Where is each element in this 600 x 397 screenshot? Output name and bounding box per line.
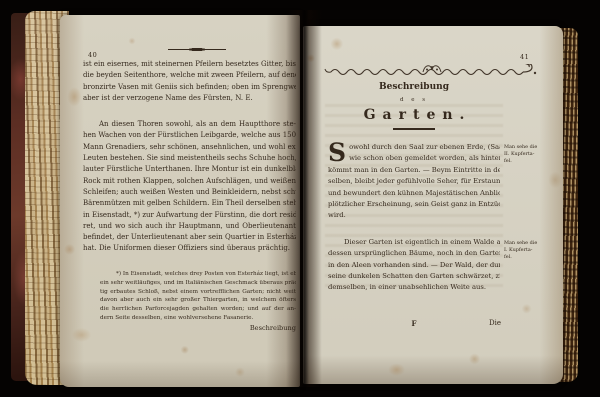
text-line: tig erbautes Schloß, nebst einem vortref… xyxy=(100,288,296,297)
text-line: dern Seite desselben, eine wohlversehene… xyxy=(100,314,296,323)
margin-note: Man sehe dieII. Kupferta-fel. xyxy=(504,144,548,164)
text-line: seine dunkelen Schatten den Garten schwä… xyxy=(328,271,500,282)
text-line: Mann Grenadiers, sehr schönen, ansehnlic… xyxy=(83,142,296,153)
footnote: *) In Eisenstadt, welches drey Posten vo… xyxy=(100,270,296,323)
paragraph: ist ein eisernes, mit steinernen Pfeiler… xyxy=(83,59,296,104)
text-line: die beyden Seitenthore, welche mit zween… xyxy=(83,70,296,81)
text-line: Bärenmützen mit gelben Schildern. Ein Th… xyxy=(83,198,296,209)
text-line: demselben, in einer unabsehlichen Weite … xyxy=(328,282,500,293)
heading-line-2: d e s xyxy=(328,97,500,103)
text-line: lauter Fürstliche Unterthanen. Ihre Mont… xyxy=(83,164,296,175)
text-line: die herrlichen Parforcejagden gehalten w… xyxy=(100,305,296,314)
page-number-right: 41 xyxy=(520,53,529,61)
text-line: Dieser Garten ist eigentlich in einem Wa… xyxy=(328,237,500,248)
text-line: ret, und wo sich auch ihr Hauptmann, und… xyxy=(83,221,296,232)
heading-line-1: Beschreibung xyxy=(328,82,500,92)
text-line: II. Kupferta- xyxy=(504,151,548,158)
chapter-heading: Beschreibung d e s Garten. xyxy=(328,82,500,130)
catchword: Die xyxy=(471,319,501,327)
text-line: plötzlicher Erscheinung, sein Geist ganz… xyxy=(328,199,500,210)
text-line: und bewundert den kühnen Majestätischen … xyxy=(328,188,500,199)
text-line: in Eisenstadt, *) zur Aufwartung der Für… xyxy=(83,210,296,221)
text-line: Man sehe die xyxy=(504,240,548,247)
text-line: Schleifen; auch weißen Westen und Beinkl… xyxy=(83,187,296,198)
text-line: bronzirte Vasen mit Geniis sich befinden… xyxy=(83,82,296,93)
text-line: kömmt man in den Garten. — Beym Eintritt… xyxy=(328,165,500,176)
text-line: davon aber auch ein sehr großer Thiergar… xyxy=(100,296,296,305)
text-line: Rock mit rothen Klappen, solchen Aufschl… xyxy=(83,176,296,187)
text-line: I. Kupferta- xyxy=(504,247,548,254)
text-line: hen Wachen von der Fürstlichen Leibgarde… xyxy=(83,130,296,141)
text-line: wie schon oben gemeldet worden, als hint… xyxy=(349,153,500,164)
heading-line-3: Garten. xyxy=(328,107,500,123)
text-line: An diesen Thoren sowohl, als an dem Haup… xyxy=(83,119,296,130)
text-line: selben, bleibt jeder gefühlvolle Seher, … xyxy=(328,176,500,187)
text-line: befindet, der Unterlieutenant aber sein … xyxy=(83,232,296,243)
paragraph: An diesen Thoren sowohl, als an dem Haup… xyxy=(83,119,296,255)
text-line: aber ist der verzogene Name des Fürsten,… xyxy=(83,93,296,104)
heading-rule xyxy=(393,128,435,130)
catchword: Beschreibung xyxy=(100,324,296,332)
text-line: hat. Die Uniformen dieser Offiziers sind… xyxy=(83,243,296,254)
drop-cap-initial: S xyxy=(328,142,346,163)
text-line: ist ein eisernes, mit steinernen Pfeiler… xyxy=(83,59,296,70)
paragraph: Dieser Garten ist eigentlich in einem Wa… xyxy=(328,237,500,294)
headpiece-ornament xyxy=(323,64,541,77)
paragraph-lines: owohl durch den Saal zur ebenen Erde, (S… xyxy=(328,142,500,222)
text-line: in den Aleen vorhanden sind. — Der Wald,… xyxy=(328,260,500,271)
text-line: ein sehr weitläufiges, und im Italiänisc… xyxy=(100,279,296,288)
page-number-left: 40 xyxy=(88,51,97,59)
left-page: 40 ist ein eisernes, mit steinernen Pfei… xyxy=(60,15,300,387)
text-line: *) In Eisenstadt, welches drey Posten vo… xyxy=(100,270,296,279)
headpiece-rule-left xyxy=(168,47,226,52)
text-line: fel. xyxy=(504,254,548,261)
text-line: Man sehe die xyxy=(504,144,548,151)
right-text-column: S owohl durch den Saal zur ebenen Erde, … xyxy=(328,142,500,309)
text-line: dessen ursprünglichen Bäume, noch in den… xyxy=(328,248,500,259)
book-photo: 40 ist ein eisernes, mit steinernen Pfei… xyxy=(0,0,600,397)
text-line: fel. xyxy=(504,158,548,165)
margin-note: Man sehe dieI. Kupferta-fel. xyxy=(504,240,548,260)
left-text-column: ist ein eisernes, mit steinernen Pfeiler… xyxy=(83,59,296,270)
text-line: Leuten bestehen. Sie sind meistentheils … xyxy=(83,153,296,164)
text-line: owohl durch den Saal zur ebenen Erde, (S… xyxy=(349,142,500,153)
right-page: 41 Beschreibung d e s Garten. S owohl du… xyxy=(303,26,563,384)
signature-mark: F xyxy=(404,319,424,328)
paragraph: S owohl durch den Saal zur ebenen Erde, … xyxy=(328,142,500,222)
text-line: wird. xyxy=(328,210,500,221)
